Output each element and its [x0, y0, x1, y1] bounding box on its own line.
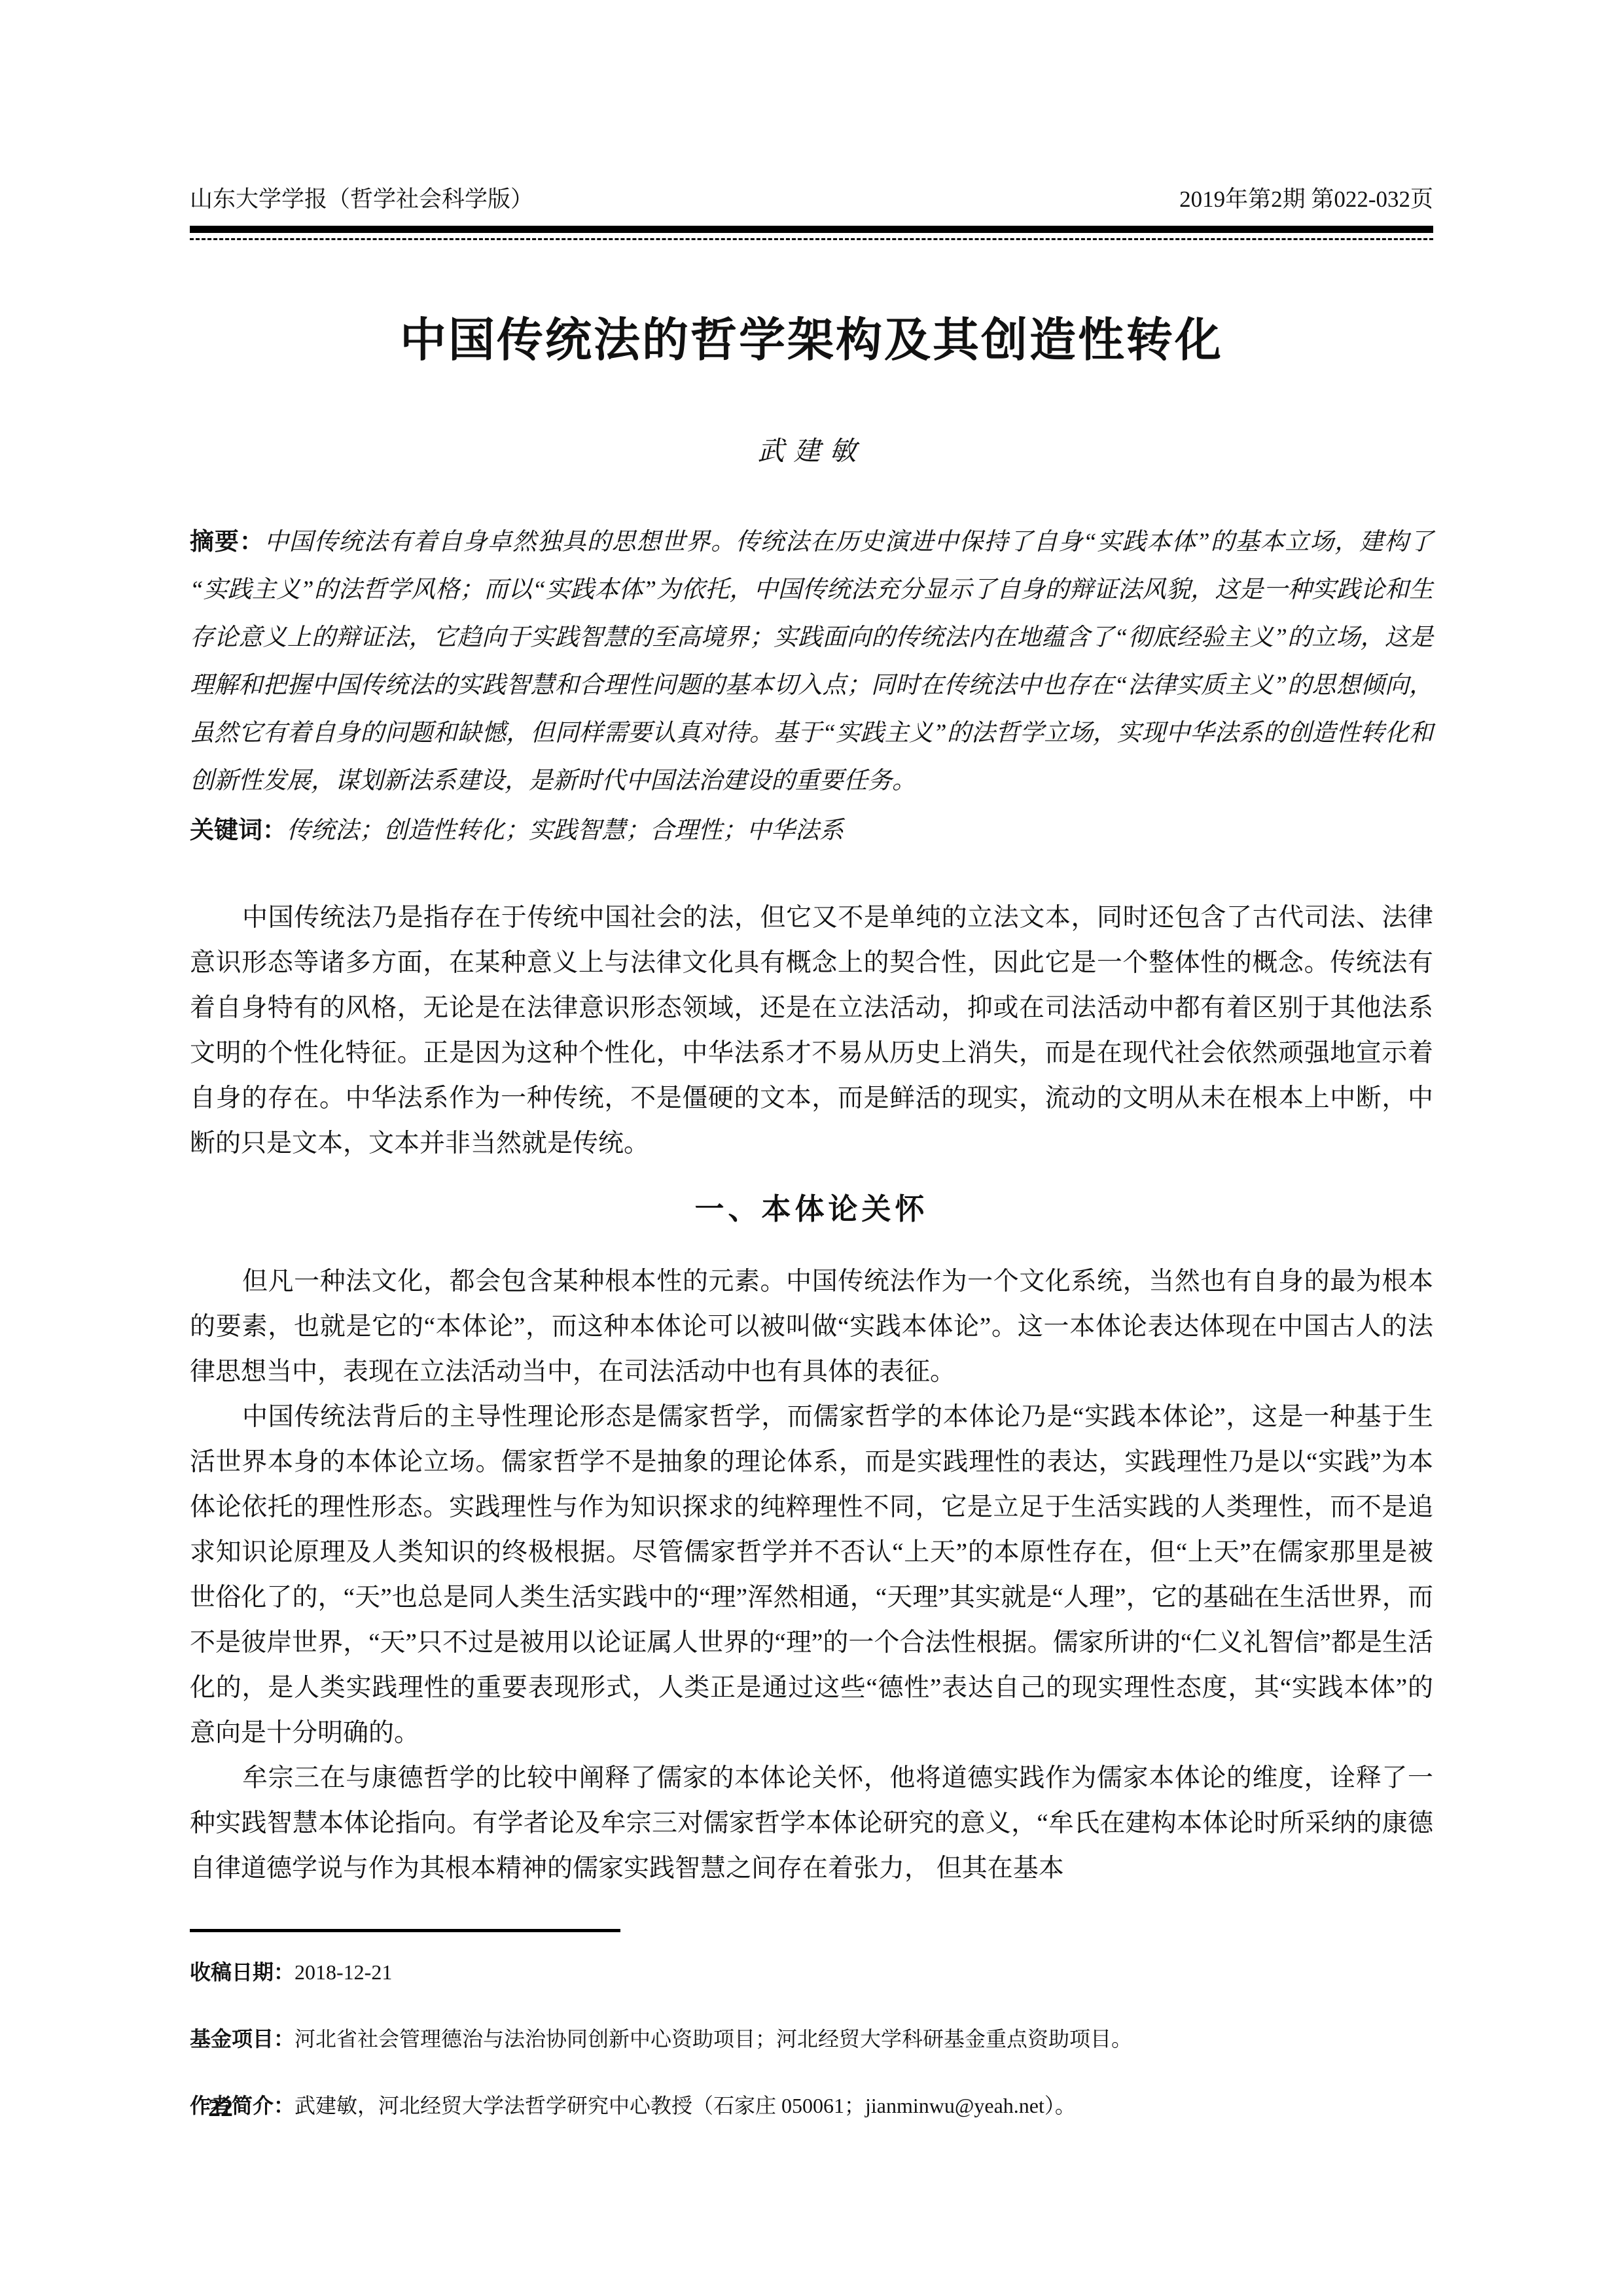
article-title: 中国传统法的哲学架构及其创造性转化: [190, 311, 1433, 371]
header-rule-dashed: [190, 238, 1433, 240]
abstract: 摘要：中国传统法有着自身卓然独具的思想世界。传统法在历史演进中保持了自身“实践本…: [190, 518, 1433, 805]
received-label: 收稿日期：: [190, 1960, 294, 1984]
section1-paragraph-1: 但凡一种法文化，都会包含某种根本性的元素。中国传统法作为一个文化系统，当然也有自…: [190, 1259, 1433, 1394]
footnote-received: 收稿日期：2018-12-21: [190, 1949, 1433, 1995]
issue-info: 2019年第2期 第022-032页: [1179, 185, 1433, 214]
footnote-area: 收稿日期：2018-12-21 基金项目：河北省社会管理德治与法治协同创新中心资…: [190, 1929, 1433, 2149]
fund-label: 基金项目：: [190, 2027, 294, 2051]
section-heading-1: 一、本体论关怀: [190, 1190, 1433, 1229]
journal-name: 山东大学学报（哲学社会科学版）: [190, 185, 533, 214]
article-author: 武建敏: [190, 434, 1433, 468]
bio-label: 作者简介：: [190, 2094, 294, 2117]
keywords-text: 传统法；创造性转化；实践智慧；合理性；中华法系: [287, 817, 844, 844]
footnote-rule: [190, 1929, 620, 1932]
header-rule-thick: [190, 226, 1433, 233]
received-date: 2018-12-21: [294, 1960, 392, 1984]
fund-text: 河北省社会管理德治与法治协同创新中心资助项目；河北经贸大学科研基金重点资助项目。: [294, 2027, 1132, 2051]
page-content: 山东大学学报（哲学社会科学版） 2019年第2期 第022-032页 中国传统法…: [0, 0, 1623, 1891]
journal-page: 山东大学学报（哲学社会科学版） 2019年第2期 第022-032页 中国传统法…: [0, 0, 1623, 2296]
intro-paragraph: 中国传统法乃是指存在于传统中国社会的法，但它又不是单纯的立法文本，同时还包含了古…: [190, 895, 1433, 1166]
footnote-bio: 作者简介：武建敏，河北经贸大学法哲学研究中心教授（石家庄 050061；jian…: [190, 2083, 1433, 2128]
bio-text: 武建敏，河北经贸大学法哲学研究中心教授（石家庄 050061；jianminwu…: [294, 2094, 1076, 2117]
article-body: 中国传统法乃是指存在于传统中国社会的法，但它又不是单纯的立法文本，同时还包含了古…: [190, 895, 1433, 1891]
page-number: 22: [208, 2093, 233, 2124]
section1-paragraph-2: 中国传统法背后的主导性理论形态是儒家哲学，而儒家哲学的本体论乃是“实践本体论”，…: [190, 1394, 1433, 1756]
abstract-text: 中国传统法有着自身卓然独具的思想世界。传统法在历史演进中保持了自身“实践本体”的…: [190, 529, 1433, 794]
running-head: 山东大学学报（哲学社会科学版） 2019年第2期 第022-032页: [190, 185, 1433, 214]
section1-paragraph-3: 牟宗三在与康德哲学的比较中阐释了儒家的本体论关怀，他将道德实践作为儒家本体论的维…: [190, 1756, 1433, 1891]
footnote-fund: 基金项目：河北省社会管理德治与法治协同创新中心资助项目；河北经贸大学科研基金重点…: [190, 2016, 1433, 2062]
abstract-label: 摘要：: [190, 528, 264, 555]
keywords-label: 关键词：: [190, 817, 287, 843]
keywords: 关键词：传统法；创造性转化；实践智慧；合理性；中华法系: [190, 806, 1433, 855]
